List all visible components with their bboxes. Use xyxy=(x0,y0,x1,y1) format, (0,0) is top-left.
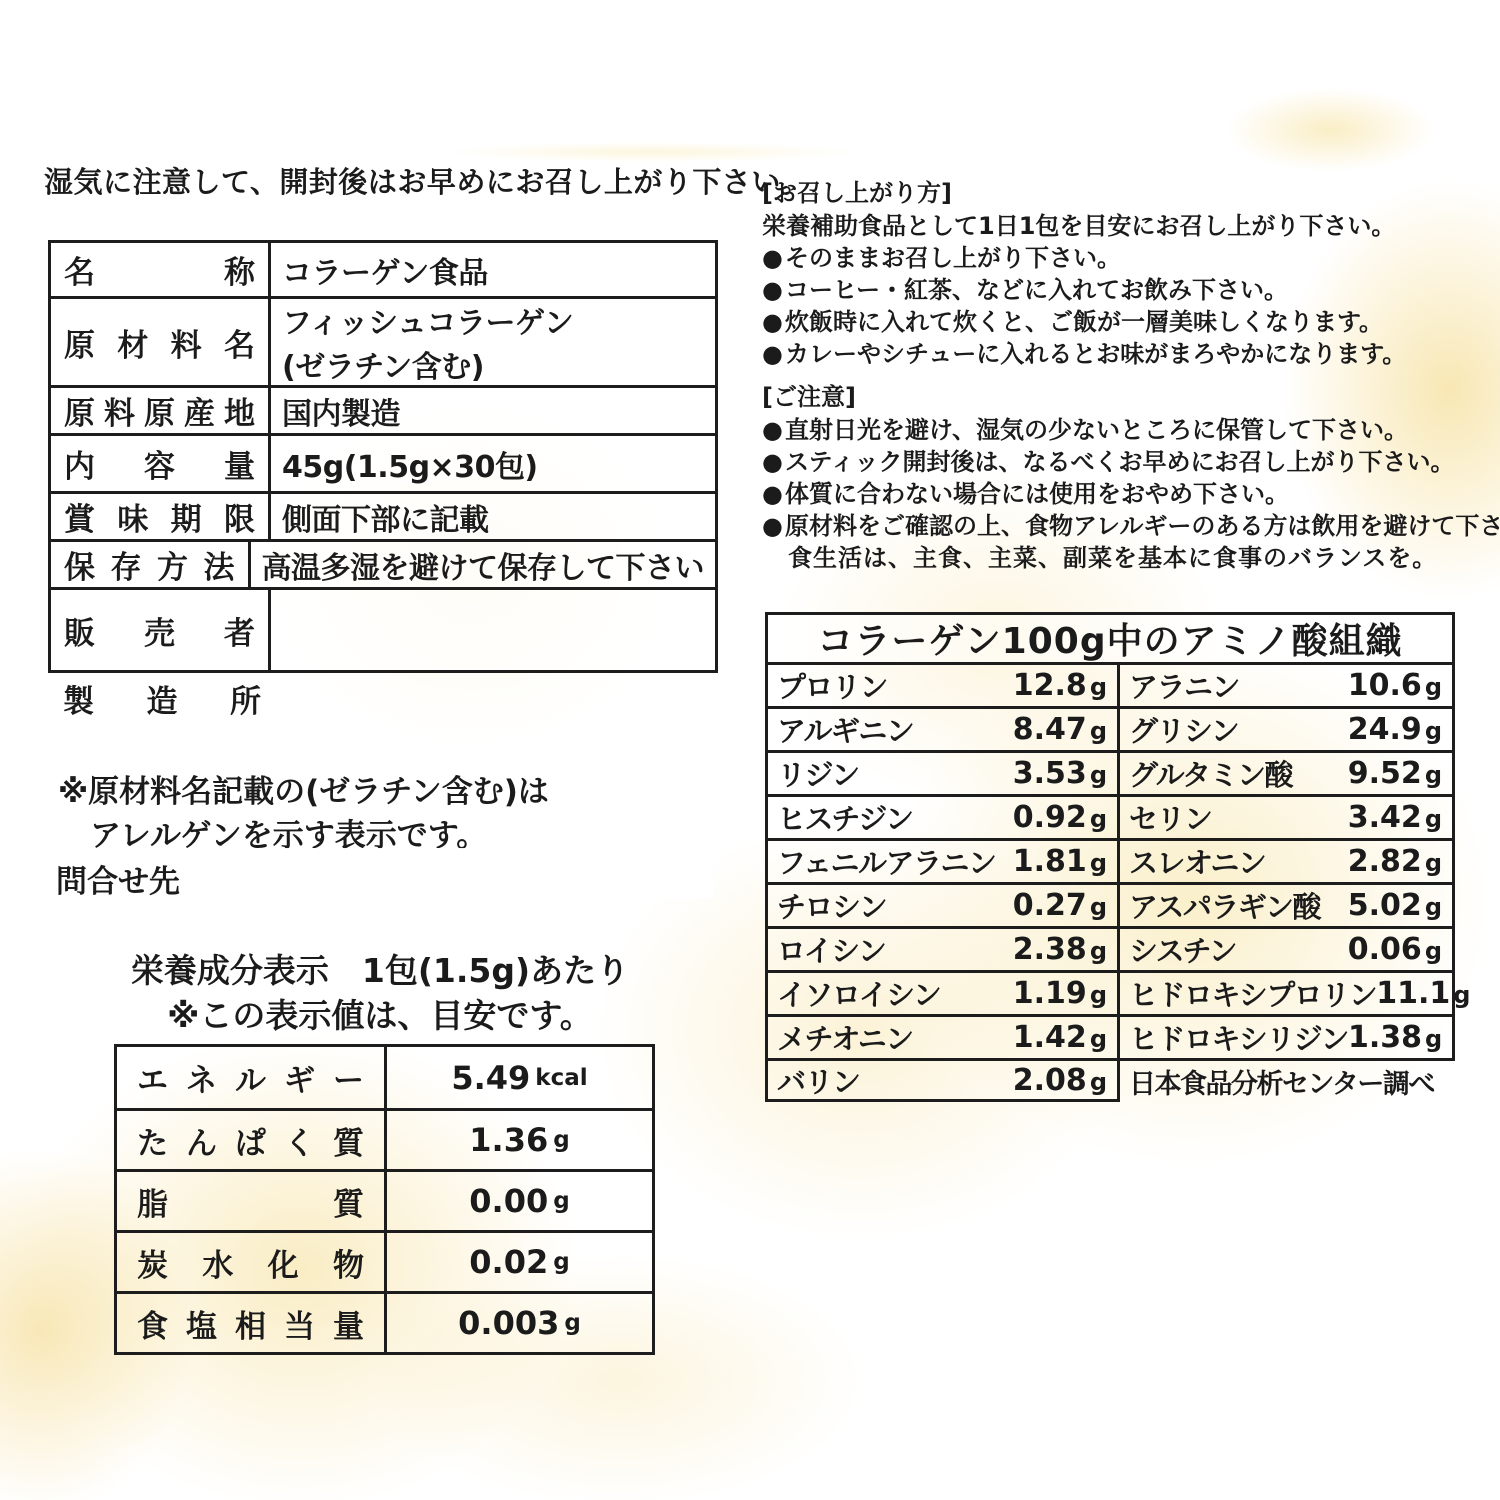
amino-cell: プロリン12.8g xyxy=(765,662,1117,706)
list-item: ●炊飯時に入れて炊くと、ご飯が一層美味しくなります。 xyxy=(762,309,1500,336)
bullet-icon: ● xyxy=(762,513,783,540)
row-value: 0.02g xyxy=(387,1233,652,1291)
amino-cell: アルギニン8.47g xyxy=(765,706,1117,750)
amino-cell: メチオニン1.42g xyxy=(765,1014,1117,1058)
nutrition-row-salt: 食塩相当量 0.003g xyxy=(117,1291,652,1352)
amino-cell: バリン2.08g xyxy=(765,1058,1117,1102)
unit-label: g xyxy=(1090,1025,1107,1053)
unit-label: kcal xyxy=(535,1065,587,1091)
row-label: 保存方法 xyxy=(51,542,251,587)
unit-label: g xyxy=(1425,717,1442,745)
amino-cell: フェニルアラニン1.81g xyxy=(765,838,1117,882)
unit-label: g xyxy=(1090,717,1107,745)
row-value: 側面下部に記載 xyxy=(271,494,715,539)
amino-cell: セリン3.42g xyxy=(1117,794,1455,838)
bullet-icon: ● xyxy=(762,309,783,336)
amino-cell: ロイシン2.38g xyxy=(765,926,1117,970)
source-note: 日本食品分析センター調べ xyxy=(1129,1062,1434,1101)
amino-cell: スレオニン2.82g xyxy=(1117,838,1455,882)
list-item: ●そのままお召し上がり下さい。 xyxy=(762,245,1500,272)
table-row-net-content: 内容量 45g(1.5g×30包) xyxy=(51,433,715,491)
nutrition-row-protein: たんぱく質 1.36g xyxy=(117,1108,652,1169)
amino-row: メチオニン1.42g ヒドロキシリジン1.38g xyxy=(765,1014,1455,1058)
row-value xyxy=(271,590,715,670)
amino-cell: グリシン24.9g xyxy=(1117,706,1455,750)
list-item: ●スティック開封後は、なるべくお早めにお召し上がり下さい。 xyxy=(762,449,1500,476)
list-item: ●原材料をご確認の上、食物アレルギーのある方は飲用を避けて下さい。 xyxy=(762,513,1500,540)
row-label: エネルギー xyxy=(117,1047,387,1108)
serving-heading: [お召し上がり方] xyxy=(762,180,1500,207)
row-value: 1.36g xyxy=(387,1111,652,1169)
bullet-icon: ● xyxy=(762,481,783,508)
row-value: コラーゲン食品 xyxy=(271,243,715,296)
amino-row: ヒスチジン0.92g セリン3.42g xyxy=(765,794,1455,838)
unit-label: g xyxy=(1425,805,1442,833)
row-value: 45g(1.5g×30包) xyxy=(271,436,715,491)
row-label: 食塩相当量 xyxy=(117,1294,387,1352)
row-label: 脂質 xyxy=(117,1172,387,1230)
unit-label: g xyxy=(1090,937,1107,965)
amino-acid-table: コラーゲン100g中のアミノ酸組織 プロリン12.8g アラニン10.6g アル… xyxy=(765,612,1455,1102)
amino-cell: アスパラギン酸5.02g xyxy=(1117,882,1455,926)
amino-cell: チロシン0.27g xyxy=(765,882,1117,926)
row-value: 5.49kcal xyxy=(387,1047,652,1108)
list-item: ●カレーやシチューに入れるとお味がまろやかになります。 xyxy=(762,341,1500,368)
nutrition-heading: 栄養成分表示 1包(1.5g)あたり ※この表示値は、目安です。 xyxy=(100,948,660,1038)
table-row-storage: 保存方法 高温多湿を避けて保存して下さい xyxy=(51,539,715,587)
row-value: 高温多湿を避けて保存して下さい xyxy=(251,542,716,587)
amino-row: フェニルアラニン1.81g スレオニン2.82g xyxy=(765,838,1455,882)
row-label: 名称 xyxy=(51,243,271,296)
nutrition-title: 栄養成分表示 1包(1.5g)あたり xyxy=(100,948,660,993)
list-item: ●コーヒー・紅茶、などに入れてお飲み下さい。 xyxy=(762,277,1500,304)
amino-row: リジン3.53g グルタミン酸9.52g xyxy=(765,750,1455,794)
amino-cell: ヒドロキシプロリン11.1g xyxy=(1117,970,1455,1014)
table-row-seller: 販売者 xyxy=(51,587,715,670)
row-value: 0.00g xyxy=(387,1172,652,1230)
allergen-note-line1: ※原材料名記載の(ゼラチン含む)は xyxy=(58,770,549,814)
unit-label: g xyxy=(1425,1025,1442,1053)
row-value: 国内製造 xyxy=(271,388,715,433)
table-row-ingredients: 原材料名 フィッシュコラーゲン (ゼラチン含む) xyxy=(51,296,715,385)
row-label: 炭水化物 xyxy=(117,1233,387,1291)
row-label: たんぱく質 xyxy=(117,1111,387,1169)
nutrition-row-fat: 脂質 0.00g xyxy=(117,1169,652,1230)
table-row-name: 名称 コラーゲン食品 xyxy=(51,243,715,296)
contact-label: 問合せ先 xyxy=(56,856,180,901)
caution-heading: [ご注意] xyxy=(762,384,1500,411)
amino-cell: ヒドロキシリジン1.38g xyxy=(1117,1014,1455,1058)
unit-label: g xyxy=(553,1188,569,1214)
humidity-caution-text: 湿気に注意して、開封後はお早めにお召し上がり下さい。 xyxy=(44,160,810,201)
unit-label: g xyxy=(1090,849,1107,877)
row-label: 内容量 xyxy=(51,436,271,491)
nutrition-subtitle: ※この表示値は、目安です。 xyxy=(100,993,660,1038)
serving-intro: 栄養補助食品として1日1包を目安にお召し上がり下さい。 xyxy=(762,213,1500,240)
table-row-best-before: 賞味期限 側面下部に記載 xyxy=(51,491,715,539)
unit-label: g xyxy=(1425,937,1442,965)
amino-cell: グルタミン酸9.52g xyxy=(1117,750,1455,794)
row-label: 賞味期限 xyxy=(51,494,271,539)
row-value: フィッシュコラーゲン (ゼラチン含む) xyxy=(271,299,715,385)
unit-label: g xyxy=(553,1127,569,1153)
unit-label: g xyxy=(1090,981,1107,1009)
row-label: 原料原産地 xyxy=(51,388,271,433)
row-value: 0.003g xyxy=(387,1294,652,1352)
unit-label: g xyxy=(1425,761,1442,789)
amino-row: プロリン12.8g アラニン10.6g xyxy=(765,662,1455,706)
list-item: ●直射日光を避け、湿気の少ないところに保管して下さい。 xyxy=(762,417,1500,444)
unit-label: g xyxy=(1425,849,1442,877)
nutrition-row-carbohydrate: 炭水化物 0.02g xyxy=(117,1230,652,1291)
amino-row: アルギニン8.47g グリシン24.9g xyxy=(765,706,1455,750)
row-label: 販売者 xyxy=(51,590,271,670)
unit-label: g xyxy=(1453,981,1470,1009)
amino-cell: ヒスチジン0.92g xyxy=(765,794,1117,838)
diet-balance-note: 食生活は、主食、主菜、副菜を基本に食事のバランスを。 xyxy=(762,545,1500,572)
bullet-icon: ● xyxy=(762,417,783,444)
unit-label: g xyxy=(564,1310,580,1336)
amino-table-title: コラーゲン100g中のアミノ酸組織 xyxy=(765,612,1455,662)
amino-cell: シスチン0.06g xyxy=(1117,926,1455,970)
unit-label: g xyxy=(1425,673,1442,701)
amino-row-last: バリン2.08g 日本食品分析センター調べ xyxy=(765,1058,1455,1102)
bullet-icon: ● xyxy=(762,341,783,368)
amino-row: イソロイシン1.19g ヒドロキシプロリン11.1g xyxy=(765,970,1455,1014)
table-row-origin: 原料原産地 国内製造 xyxy=(51,385,715,433)
analysis-source-cell: 日本食品分析センター調べ xyxy=(1117,1058,1455,1102)
product-info-table: 名称 コラーゲン食品 原材料名 フィッシュコラーゲン (ゼラチン含む) 原料原産… xyxy=(48,240,718,673)
label-scan-page: { "glyphs": { "bullet": "●" }, "top_caut… xyxy=(0,0,1500,1500)
unit-label: g xyxy=(1090,673,1107,701)
unit-label: g xyxy=(553,1249,569,1275)
caution-list: [ご注意] ●直射日光を避け、湿気の少ないところに保管して下さい。 ●スティック… xyxy=(762,384,1500,572)
row-label: 原材料名 xyxy=(51,299,271,385)
serving-instructions: [お召し上がり方] 栄養補助食品として1日1包を目安にお召し上がり下さい。 ●そ… xyxy=(762,180,1500,373)
unit-label: g xyxy=(1425,893,1442,921)
bullet-icon: ● xyxy=(762,277,783,304)
bullet-icon: ● xyxy=(762,449,783,476)
amino-cell: イソロイシン1.19g xyxy=(765,970,1117,1014)
amino-row: ロイシン2.38g シスチン0.06g xyxy=(765,926,1455,970)
nutrition-row-energy: エネルギー 5.49kcal xyxy=(117,1047,652,1108)
bullet-icon: ● xyxy=(762,245,783,272)
amino-row: チロシン0.27g アスパラギン酸5.02g xyxy=(765,882,1455,926)
unit-label: g xyxy=(1090,805,1107,833)
amino-cell: リジン3.53g xyxy=(765,750,1117,794)
amino-cell: アラニン10.6g xyxy=(1117,662,1455,706)
list-item: ●体質に合わない場合には使用をおやめ下さい。 xyxy=(762,481,1500,508)
manufacturer-label: 製造所 xyxy=(50,676,274,721)
nutrition-table: エネルギー 5.49kcal たんぱく質 1.36g 脂質 0.00g 炭水化物… xyxy=(114,1044,655,1355)
unit-label: g xyxy=(1090,761,1107,789)
allergen-note: ※原材料名記載の(ゼラチン含む)は アレルゲンを示す表示です。 xyxy=(58,770,549,858)
unit-label: g xyxy=(1090,893,1107,921)
unit-label: g xyxy=(1090,1068,1107,1096)
